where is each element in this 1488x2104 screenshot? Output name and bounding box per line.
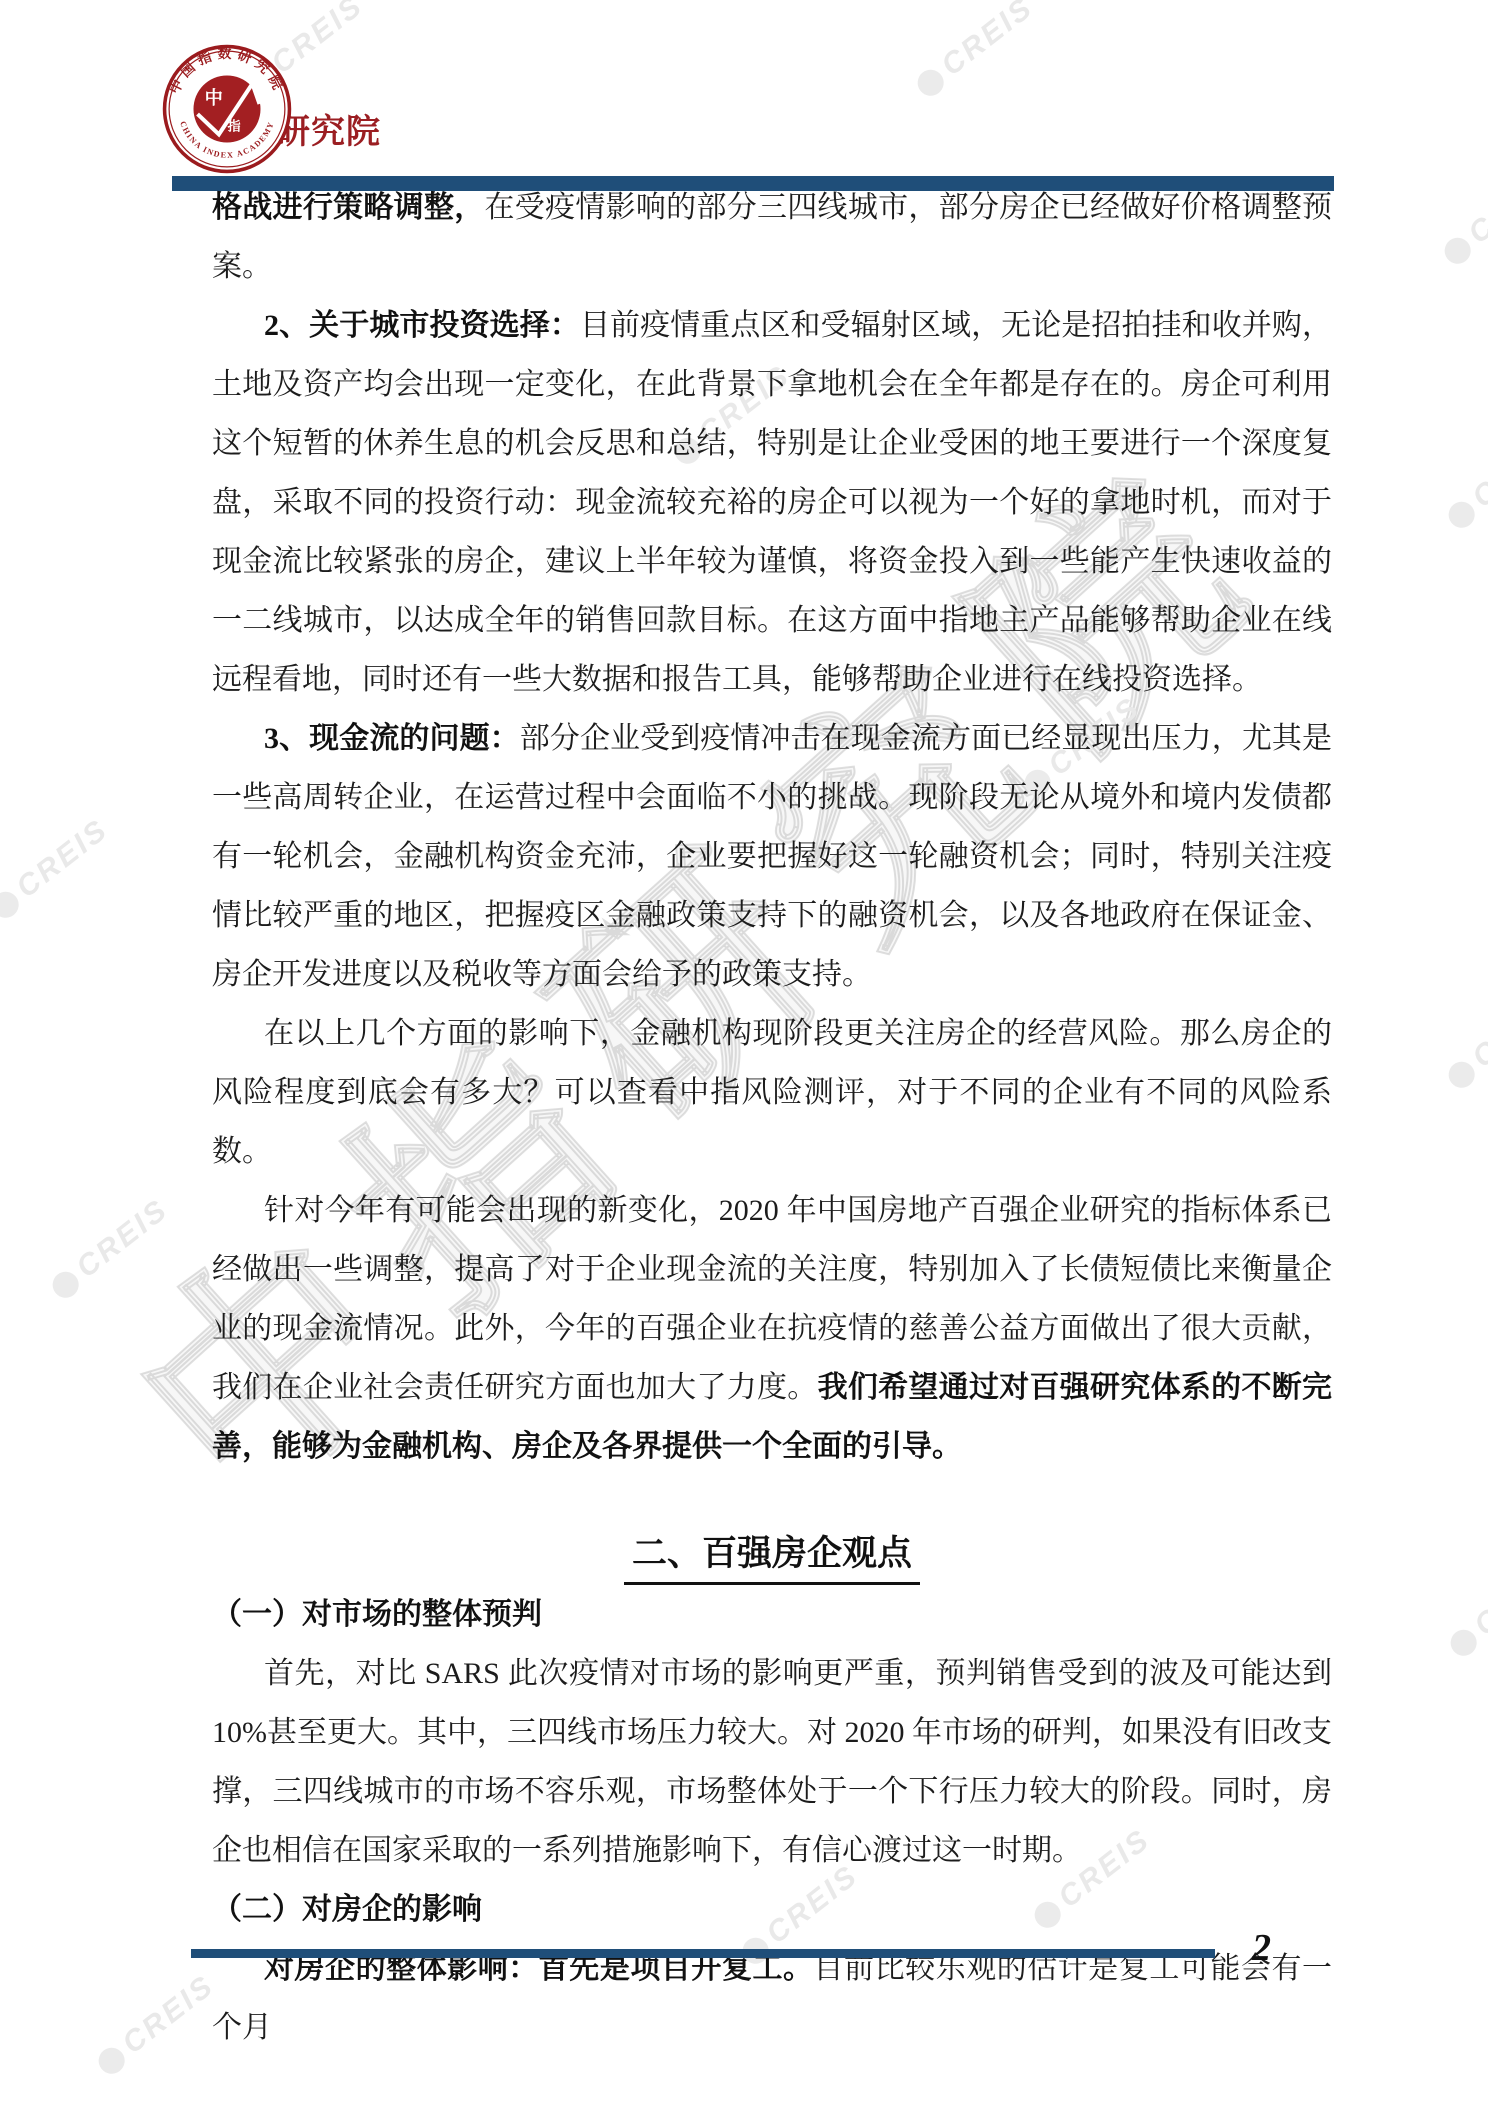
seal-center-char-sub: 指 [227, 117, 241, 133]
creis-logo-dot-icon [1439, 233, 1475, 269]
watermark-tile: CREIS [1440, 423, 1488, 536]
watermark-tile: CREIS [1442, 1551, 1488, 1664]
page-number: 2 [1252, 1926, 1271, 1970]
paragraph-lead-bold: 2、关于城市投资选择： [264, 309, 580, 342]
watermark-tile: CREIS [0, 813, 115, 926]
watermark-tile: CREIS [1440, 983, 1488, 1096]
watermark-tile: CREIS [90, 1969, 221, 2082]
creis-logo-dot-icon [0, 887, 24, 923]
paragraph-lead-bold: 3、现金流的问题： [264, 722, 520, 755]
paragraph-text: 目前疫情重点区和受辐射区域，无论是招拍挂和收并购，土地及资产均会出现一定变化，在… [212, 309, 1332, 696]
creis-logo-dot-icon [912, 65, 948, 101]
creis-logo-dot-icon [1443, 497, 1479, 533]
section-heading-row: 二、百强房企观点 [212, 1526, 1332, 1585]
paragraph-lead-bold: 格战进行策略调整， [212, 191, 485, 224]
body-paragraph: 2、关于城市投资选择：目前疫情重点区和受辐射区域，无论是招拍挂和收并购，土地及资… [212, 296, 1332, 709]
creis-logo-dot-icon [1443, 1057, 1479, 1093]
paragraph-text: 首先，对比 SARS 此次疫情对市场的影响更严重，预判销售受到的波及可能达到 1… [212, 1657, 1332, 1867]
creis-logo-dot-icon [47, 1267, 83, 1303]
seal-logo-icon: 中 指 中国指数研究院 CHINA INDEX ACADEMY [161, 43, 293, 175]
subheading-market-outlook: （一）对市场的整体预判 [212, 1585, 1332, 1644]
body-paragraph: 首先，对比 SARS 此次疫情对市场的影响更严重，预判销售受到的波及可能达到 1… [212, 1644, 1332, 1880]
seal-center-char-main: 中 [205, 87, 223, 108]
subheading-impact-on-developers: （二）对房企的影响 [212, 1880, 1332, 1939]
body-paragraph: 针对今年有可能会出现的新变化，2020 年中国房地产百强企业研究的指标体系已经做… [212, 1181, 1332, 1476]
watermark-tile: CREIS [909, 0, 1040, 103]
document-body: 格战进行策略调整，在受疫情影响的部分三四线城市，部分房企已经做好价格调整预案。 … [212, 178, 1332, 2057]
section-heading: 二、百强房企观点 [624, 1529, 920, 1585]
body-paragraph: 3、现金流的问题：部分企业受到疫情冲击在现金流方面已经显现出压力，尤其是一些高周… [212, 709, 1332, 1004]
footer-rule [191, 1949, 1215, 1958]
watermark-tile: CREIS [1436, 159, 1488, 272]
document-page: 中指研究院 CREIS CREIS CREIS CREIS CREIS CREI… [0, 0, 1488, 2104]
creis-logo-dot-icon [93, 2043, 129, 2079]
china-index-academy-logo: 中 指 中国指数研究院 CHINA INDEX ACADEMY [161, 43, 293, 175]
creis-logo-dot-icon [1445, 1625, 1481, 1661]
body-paragraph: 在以上几个方面的影响下，金融机构现阶段更关注房企的经营风险。那么房企的风险程度到… [212, 1004, 1332, 1181]
paragraph-text: 在以上几个方面的影响下，金融机构现阶段更关注房企的经营风险。那么房企的风险程度到… [212, 1017, 1332, 1168]
body-paragraph: 格战进行策略调整，在受疫情影响的部分三四线城市，部分房企已经做好价格调整预案。 [212, 178, 1332, 296]
watermark-tile: CREIS [44, 1193, 175, 1306]
paragraph-text: 部分企业受到疫情冲击在现金流方面已经显现出压力，尤其是一些高周转企业，在运营过程… [212, 722, 1332, 991]
